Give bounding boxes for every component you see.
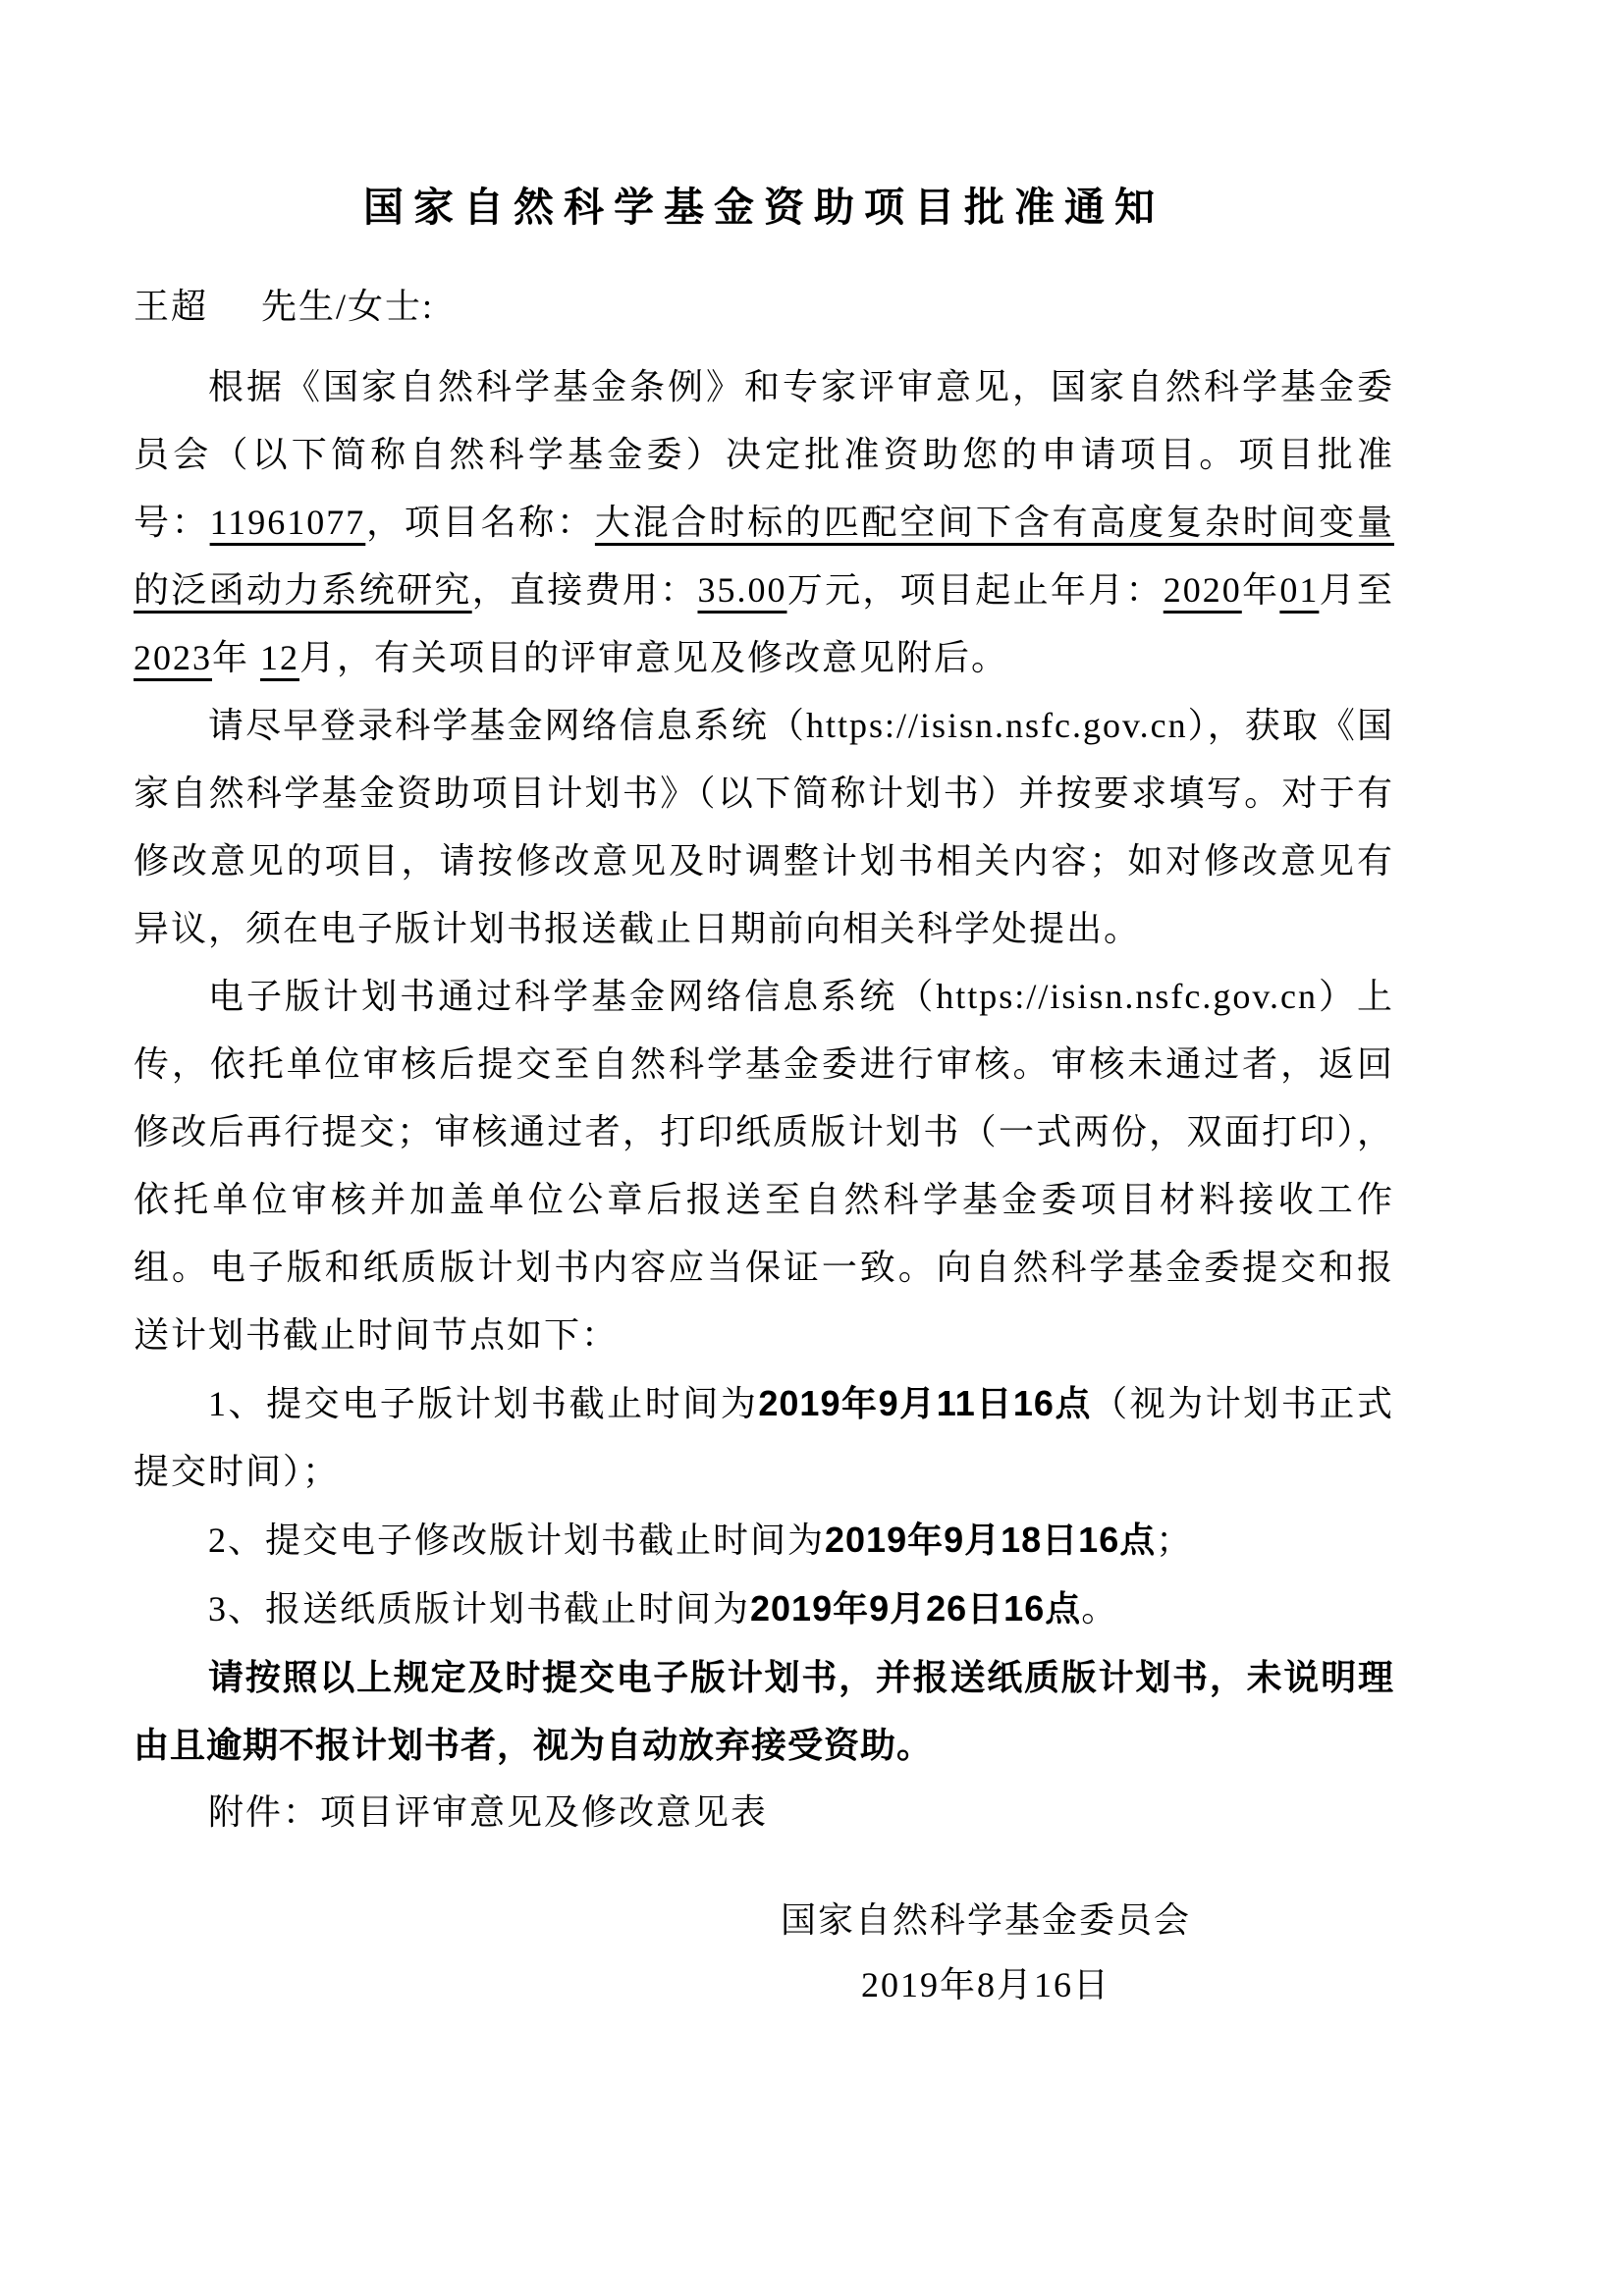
deadline-date-electronic: 2019年9月11日16点	[758, 1383, 1092, 1423]
salutation: 王超先生/女士:	[134, 285, 1394, 328]
deadline-item-paper: 3、报送纸质版计划书截止时间为2019年9月26日16点。	[134, 1575, 1394, 1643]
text-run: 电子版计划书通过科学基金网络信息系统（https://isisn.nsfc.go…	[134, 977, 1394, 1355]
paragraph-login-instructions: 请尽早登录科学基金网络信息系统（https://isisn.nsfc.gov.c…	[134, 692, 1394, 963]
text-run: 。	[1081, 1589, 1118, 1629]
signature-organization: 国家自然科学基金委员会	[770, 1888, 1202, 1952]
text-run: 3、报送纸质版计划书截止时间为	[208, 1589, 750, 1629]
approval-number: 11961077	[210, 503, 366, 542]
text-run: 月至	[1319, 570, 1394, 610]
recipient-honorific: 先生/女士:	[261, 287, 434, 326]
attachment-line: 附件：项目评审意见及修改意见表	[134, 1779, 1394, 1846]
text-run: ；	[1156, 1521, 1193, 1560]
text-run: 请按照以上规定及时提交电子版计划书，并报送纸质版计划书，未说明理由且逾期不报计划…	[134, 1657, 1394, 1765]
text-run: 附件：项目评审意见及修改意见表	[208, 1792, 768, 1832]
end-month: 12	[260, 638, 299, 677]
text-run: ，直接费用：	[472, 570, 698, 610]
paragraph-warning: 请按照以上规定及时提交电子版计划书，并报送纸质版计划书，未说明理由且逾期不报计划…	[134, 1643, 1394, 1779]
text-run: 请尽早登录科学基金网络信息系统（https://isisn.nsfc.gov.c…	[134, 706, 1394, 948]
start-year: 2020	[1164, 570, 1242, 610]
text-run: 万元，项目起止年月：	[786, 570, 1163, 610]
direct-cost: 35.00	[697, 570, 786, 610]
paragraph-approval: 根据《国家自然科学基金条例》和专家评审意见，国家自然科学基金委员会（以下简称自然…	[134, 353, 1394, 692]
end-year: 2023	[134, 638, 212, 677]
text-run: ，项目名称：	[365, 503, 595, 542]
paragraph-submission-process: 电子版计划书通过科学基金网络信息系统（https://isisn.nsfc.go…	[134, 963, 1394, 1369]
approval-notice-document: 国家自然科学基金资助项目批准通知 王超先生/女士: 根据《国家自然科学基金条例》…	[0, 0, 1624, 2296]
text-run: 2、提交电子修改版计划书截止时间为	[208, 1521, 825, 1560]
recipient-name: 王超	[134, 287, 208, 326]
start-month: 01	[1279, 570, 1319, 610]
signature-block: 国家自然科学基金委员会 2019年8月16日	[770, 1888, 1202, 2017]
page-title: 国家自然科学基金资助项目批准通知	[134, 182, 1394, 234]
text-run: 年	[212, 638, 260, 677]
text-run: 月，有关项目的评审意见及修改意见附后。	[299, 638, 1008, 677]
deadline-item-electronic: 1、提交电子版计划书截止时间为2019年9月11日16点（视为计划书正式提交时间…	[134, 1369, 1394, 1506]
signature-date: 2019年8月16日	[770, 1952, 1202, 2017]
text-run: 年	[1242, 570, 1280, 610]
deadline-date-paper: 2019年9月26日16点	[750, 1588, 1081, 1629]
text-run: 1、提交电子版计划书截止时间为	[208, 1384, 758, 1423]
deadline-item-revised: 2、提交电子修改版计划书截止时间为2019年9月18日16点；	[134, 1506, 1394, 1575]
deadline-date-revised: 2019年9月18日16点	[825, 1520, 1156, 1560]
